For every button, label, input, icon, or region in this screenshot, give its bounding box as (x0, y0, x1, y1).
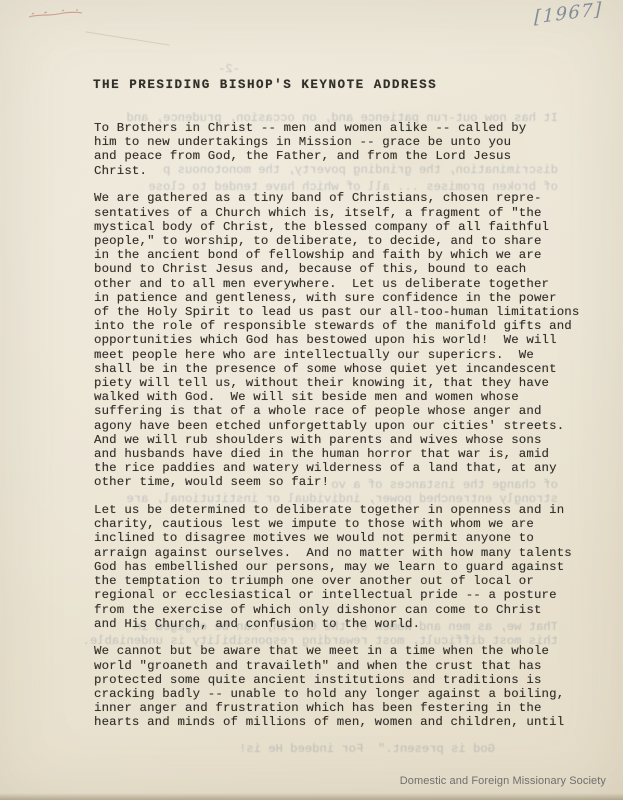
watermark-credit: Domestic and Foreign Missionary Society (400, 775, 606, 787)
paragraph: We cannot but be aware that we meet in a… (94, 644, 586, 729)
bleedthrough-text: God is present." For indeed He is! (95, 742, 495, 756)
paper-crease (85, 31, 169, 45)
document-title: THE PRESIDING BISHOP'S KEYNOTE ADDRESS (93, 78, 437, 92)
page-bottom-edge-shadow (0, 793, 623, 800)
bleedthrough-text: -2- (180, 62, 240, 76)
red-pencil-mark (26, 6, 86, 22)
paragraph: To Brothers in Christ -- men and women a… (94, 121, 586, 178)
paragraph: Let us be determined to deliberate toget… (94, 503, 586, 631)
document-body: To Brothers in Christ -- men and women a… (94, 121, 586, 743)
handwritten-year-note: [1967] (534, 0, 603, 28)
paragraph: We are gathered as a tiny band of Christ… (94, 191, 586, 489)
scanned-page: [1967] -2-It has now out-run patience an… (0, 0, 623, 800)
